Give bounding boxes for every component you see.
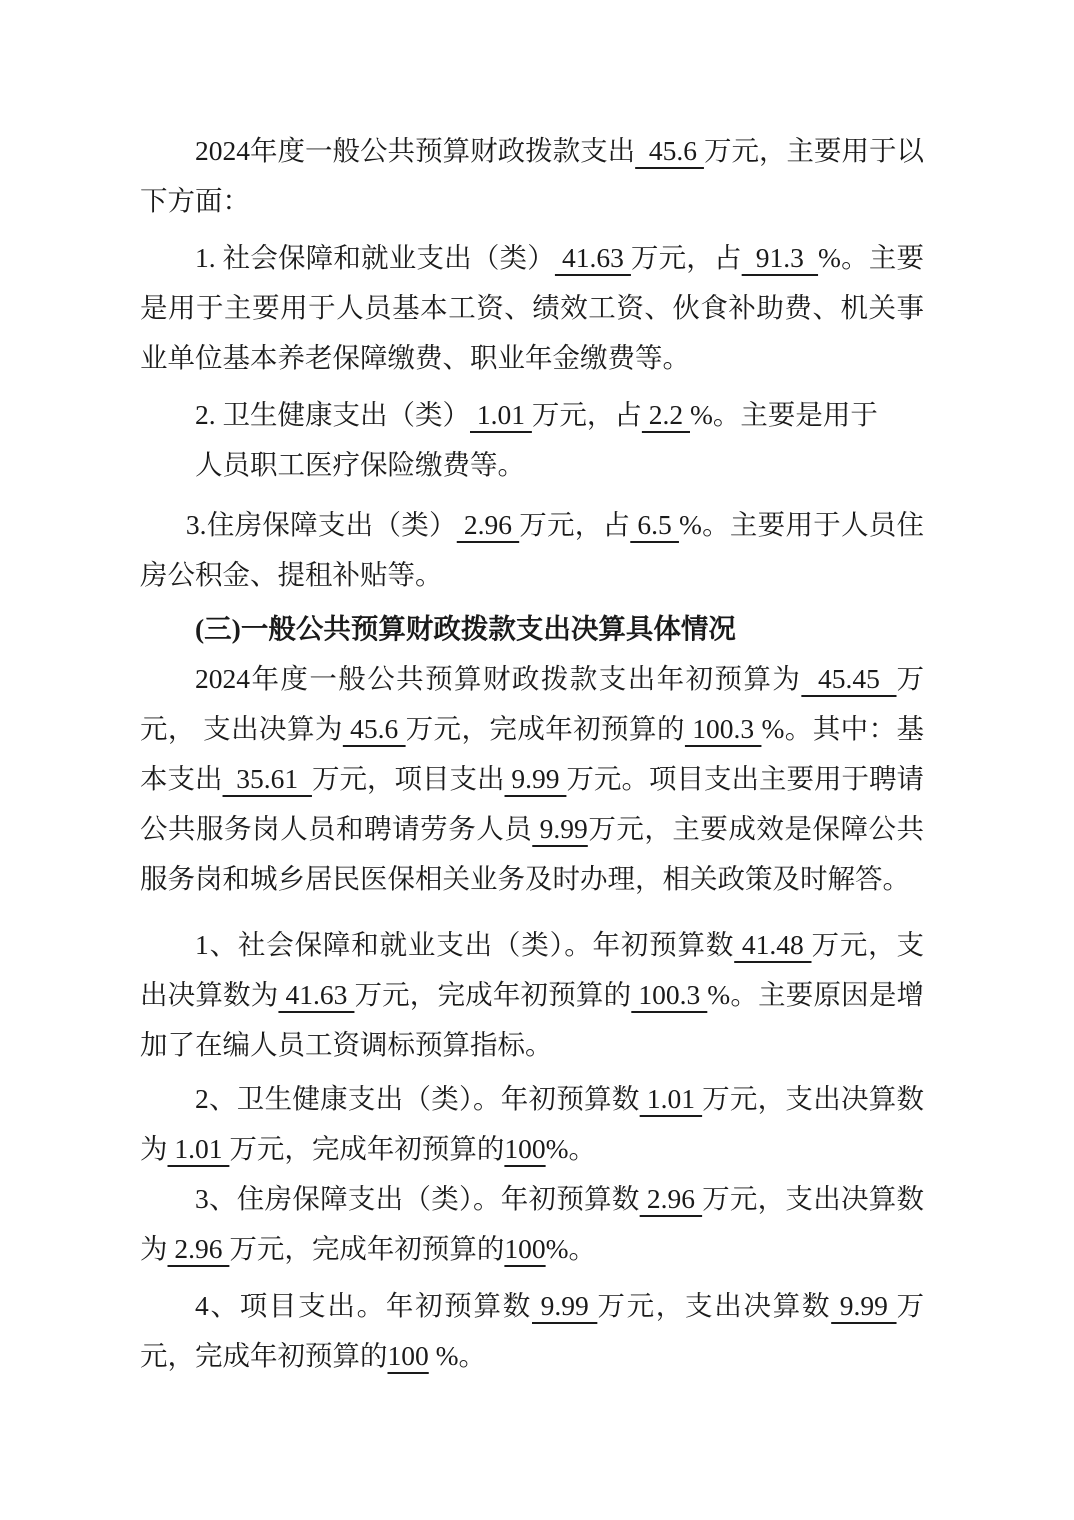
underlined-value: 41.63 bbox=[555, 242, 631, 273]
text-run: 万元，占 bbox=[519, 509, 630, 540]
text-run: 万元，占 bbox=[631, 242, 742, 273]
paragraph-7: 2024年度一般公共预算财政拨款支出年初预算为 45.45 万元， 支出决算为 … bbox=[140, 654, 924, 904]
paragraph-10: 3、住房保障支出（类）。年初预算数 2.96 万元，支出决算数为 2.96 万元… bbox=[140, 1174, 924, 1274]
underlined-value: 41.63 bbox=[278, 979, 354, 1010]
underlined-value: 41.48 bbox=[734, 929, 811, 960]
underlined-value: 100 bbox=[504, 1133, 545, 1164]
underlined-value: 45.6 bbox=[635, 135, 704, 166]
text-run: %。主要是用于 bbox=[690, 399, 878, 430]
underlined-value: 45.45 bbox=[801, 663, 896, 694]
underlined-value: 2.2 bbox=[642, 399, 690, 430]
text-run: %。 bbox=[429, 1340, 486, 1371]
underlined-value: 35.61 bbox=[223, 763, 312, 794]
underlined-value: 2.96 bbox=[168, 1233, 230, 1264]
text-run: 万元，支出决算数 bbox=[597, 1290, 831, 1321]
underlined-value: 2.96 bbox=[457, 509, 519, 540]
text-run: 2. 卫生健康支出（类） bbox=[195, 399, 470, 430]
paragraph-4: 人员职工医疗保险缴费等。 bbox=[140, 440, 924, 490]
underlined-value: 1.01 bbox=[168, 1133, 230, 1164]
underlined-value: 6.5 bbox=[630, 509, 679, 540]
underlined-value: 91.3 bbox=[742, 242, 818, 273]
text-run: 3.住房保障支出（类） bbox=[186, 509, 457, 540]
text-run: 1. 社会保障和就业支出（类） bbox=[195, 242, 555, 273]
paragraph-1: 2024年度一般公共预算财政拨款支出 45.6 万元，主要用于以下方面： bbox=[140, 126, 924, 226]
underlined-value: 9.99 bbox=[831, 1290, 896, 1321]
underlined-value: 100 bbox=[388, 1340, 429, 1371]
underlined-value: 9.99 bbox=[532, 813, 588, 844]
paragraph-5: 3.住房保障支出（类） 2.96 万元，占 6.5 %。主要用于人员住房公积金、… bbox=[140, 500, 924, 600]
page: 2024年度一般公共预算财政拨款支出 45.6 万元，主要用于以下方面：1. 社… bbox=[0, 0, 1074, 1520]
underlined-value: 9.99 bbox=[532, 1290, 597, 1321]
underlined-value: 2.96 bbox=[640, 1183, 702, 1214]
paragraph-9: 2、卫生健康支出（类）。年初预算数 1.01 万元，支出决算数为 1.01 万元… bbox=[140, 1074, 924, 1174]
text-run: 4、项目支出。年初预算数 bbox=[195, 1290, 532, 1321]
paragraph-2: 1. 社会保障和就业支出（类） 41.63 万元，占 91.3 %。主要是用于主… bbox=[140, 233, 924, 383]
text-run: %。 bbox=[546, 1233, 596, 1264]
text-run: %。 bbox=[546, 1133, 596, 1164]
text-run: (三)一般公共预算财政拨款支出决算具体情况 bbox=[195, 613, 736, 644]
text-run: 2、卫生健康支出（类）。年初预算数 bbox=[195, 1083, 640, 1114]
text-run: 万元，完成年初预算的 bbox=[229, 1233, 504, 1264]
underlined-value: 100.3 bbox=[631, 979, 707, 1010]
underlined-value: 100.3 bbox=[685, 713, 762, 744]
section-heading: (三)一般公共预算财政拨款支出决算具体情况 bbox=[140, 604, 924, 654]
text-run: 万元，完成年初预算的 bbox=[229, 1133, 504, 1164]
paragraph-11: 4、项目支出。年初预算数 9.99 万元，支出决算数 9.99 万元，完成年初预… bbox=[140, 1281, 924, 1381]
underlined-value: 45.6 bbox=[343, 713, 406, 744]
text-run: 万元，占 bbox=[532, 399, 642, 430]
document-body: 2024年度一般公共预算财政拨款支出 45.6 万元，主要用于以下方面：1. 社… bbox=[140, 126, 924, 1381]
text-run: 万元，完成年初预算的 bbox=[406, 713, 685, 744]
paragraph-8: 1、社会保障和就业支出（类）。年初预算数 41.48 万元，支出决算数为 41.… bbox=[140, 920, 924, 1070]
underlined-value: 100 bbox=[504, 1233, 545, 1264]
text-run: 2024年度一般公共预算财政拨款支出 bbox=[195, 135, 635, 166]
underlined-value: 1.01 bbox=[640, 1083, 702, 1114]
text-run: 人员职工医疗保险缴费等。 bbox=[195, 449, 525, 480]
paragraph-3: 2. 卫生健康支出（类） 1.01 万元，占 2.2 %。主要是用于 bbox=[140, 390, 924, 440]
underlined-value: 9.99 bbox=[505, 763, 567, 794]
text-run: 2024年度一般公共预算财政拨款支出年初预算为 bbox=[195, 663, 801, 694]
text-run: 万元，项目支出 bbox=[312, 763, 505, 794]
text-run: 万元，完成年初预算的 bbox=[354, 979, 631, 1010]
text-run: 1、社会保障和就业支出（类）。年初预算数 bbox=[195, 929, 734, 960]
underlined-value: 1.01 bbox=[470, 399, 532, 430]
text-run: 3、住房保障支出（类）。年初预算数 bbox=[195, 1183, 640, 1214]
